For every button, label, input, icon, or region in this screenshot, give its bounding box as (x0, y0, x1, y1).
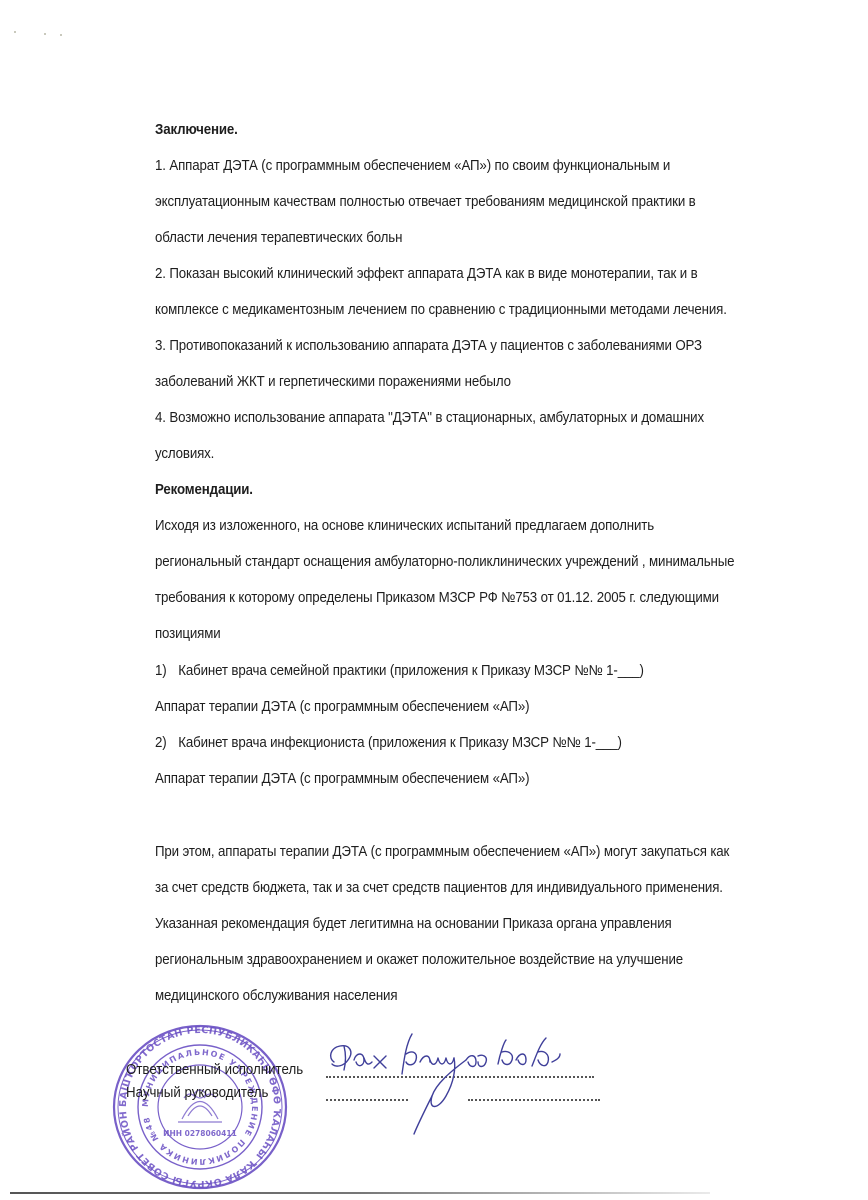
closing-line: медицинского обслуживания населения (155, 987, 397, 1005)
conclusion-line: 4. Возможно использование аппарата "ДЭТА… (155, 409, 704, 427)
closing-line: региональным здравоохранением и окажет п… (155, 951, 683, 969)
position-item-2: 2)Кабинет врача инфекциониста (приложени… (155, 734, 622, 752)
page-bottom-edge (10, 1192, 710, 1194)
official-stamp-icon: БАШҠОРТОСТАН РЕСПУБЛИКАҺЫ ӨФӨ ҠАЛАҺЫ ҠАЛ… (112, 1024, 288, 1190)
position-number: 2) (155, 734, 178, 752)
recommendations-intro-line: Исходя из изложенного, на основе клиниче… (155, 517, 654, 535)
recommendations-heading: Рекомендации. (155, 481, 253, 499)
conclusion-line: условиях. (155, 445, 214, 463)
conclusion-line: 1. Аппарат ДЭТА (с программным обеспечен… (155, 157, 670, 175)
conclusion-line: комплексе с медикаментозным лечением по … (155, 301, 727, 319)
position-device: Аппарат терапии ДЭТА (с программным обес… (155, 770, 529, 788)
conclusion-line: 3. Противопоказаний к использованию аппа… (155, 337, 702, 355)
handwritten-signature-icon (320, 1030, 610, 1140)
position-title: Кабинет врача семейной практики (приложе… (178, 663, 643, 679)
recommendations-intro-line: региональный стандарт оснащения амбулато… (155, 553, 734, 571)
svg-text:ИНН 0278060411: ИНН 0278060411 (163, 1129, 237, 1138)
closing-line: Указанная рекомендация будет легитимна н… (155, 915, 672, 933)
position-title: Кабинет врача инфекциониста (приложения … (178, 735, 622, 751)
conclusion-line: области лечения терапевтических больн (155, 229, 402, 247)
closing-line: за счет средств бюджета, так и за счет с… (155, 879, 723, 897)
responsible-executor-label: Ответственный исполнитель (126, 1061, 303, 1079)
scanned-document-page: Заключение. 1. Аппарат ДЭТА (с программн… (0, 0, 868, 1200)
position-number: 1) (155, 662, 178, 680)
recommendations-intro-line: требования к которому определены Приказо… (155, 589, 719, 607)
conclusion-line: эксплуатационным качествам полностью отв… (155, 193, 696, 211)
conclusion-line: заболеваний ЖКТ и герпетическими поражен… (155, 373, 511, 391)
conclusion-heading: Заключение. (155, 121, 238, 139)
closing-line: При этом, аппараты терапии ДЭТА (с прогр… (155, 843, 729, 861)
recommendations-intro-line: позициями (155, 625, 221, 643)
position-device: Аппарат терапии ДЭТА (с программным обес… (155, 698, 529, 716)
position-item-1: 1)Кабинет врача семейной практики (прило… (155, 662, 644, 680)
scientific-supervisor-label: Научный руководитель (126, 1084, 268, 1102)
conclusion-line: 2. Показан высокий клинический эффект ап… (155, 265, 697, 283)
